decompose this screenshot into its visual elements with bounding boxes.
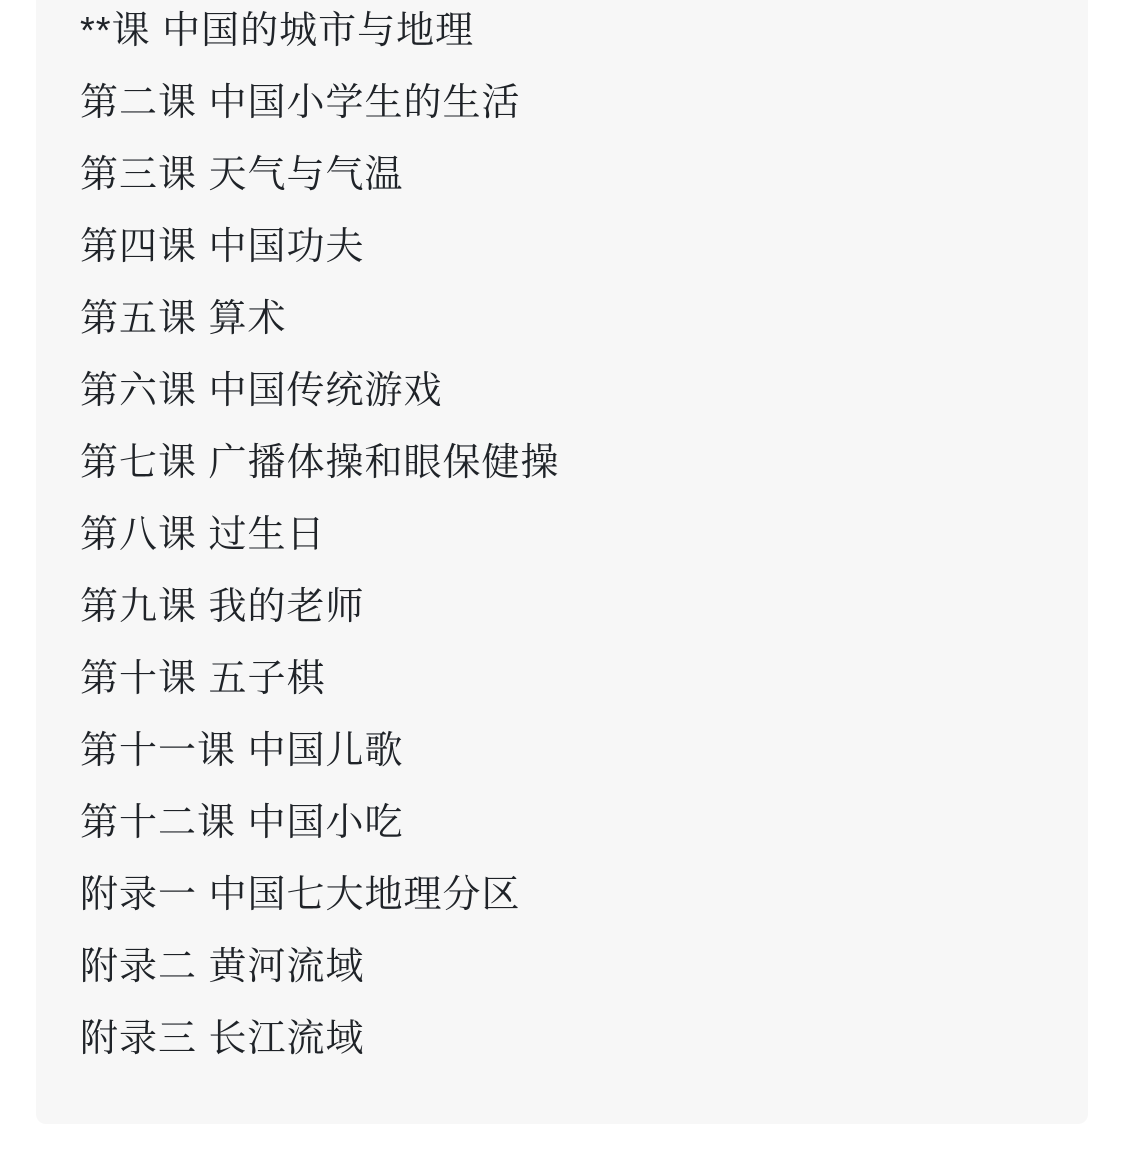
toc-line: 第十一课 中国儿歌 [80,715,1088,787]
toc-list: **课 中国的城市与地理 第二课 中国小学生的生活 第三课 天气与气温 第四课 … [80,0,1088,1075]
page: **课 中国的城市与地理 第二课 中国小学生的生活 第三课 天气与气温 第四课 … [0,0,1125,1161]
toc-line: **课 中国的城市与地理 [80,0,1088,67]
toc-line: 第十二课 中国小吃 [80,787,1088,859]
toc-line: 第四课 中国功夫 [80,211,1088,283]
toc-line: 第七课 广播体操和眼保健操 [80,427,1088,499]
toc-line: 第五课 算术 [80,283,1088,355]
toc-line: 第三课 天气与气温 [80,139,1088,211]
toc-line: 第八课 过生日 [80,499,1088,571]
toc-line: 附录三 长江流域 [80,1003,1088,1075]
toc-line: 第九课 我的老师 [80,571,1088,643]
toc-line: 第十课 五子棋 [80,643,1088,715]
toc-line: 第二课 中国小学生的生活 [80,67,1088,139]
toc-line: 第六课 中国传统游戏 [80,355,1088,427]
toc-line: 附录一 中国七大地理分区 [80,859,1088,931]
toc-line: 附录二 黄河流域 [80,931,1088,1003]
content-panel: **课 中国的城市与地理 第二课 中国小学生的生活 第三课 天气与气温 第四课 … [36,0,1088,1124]
